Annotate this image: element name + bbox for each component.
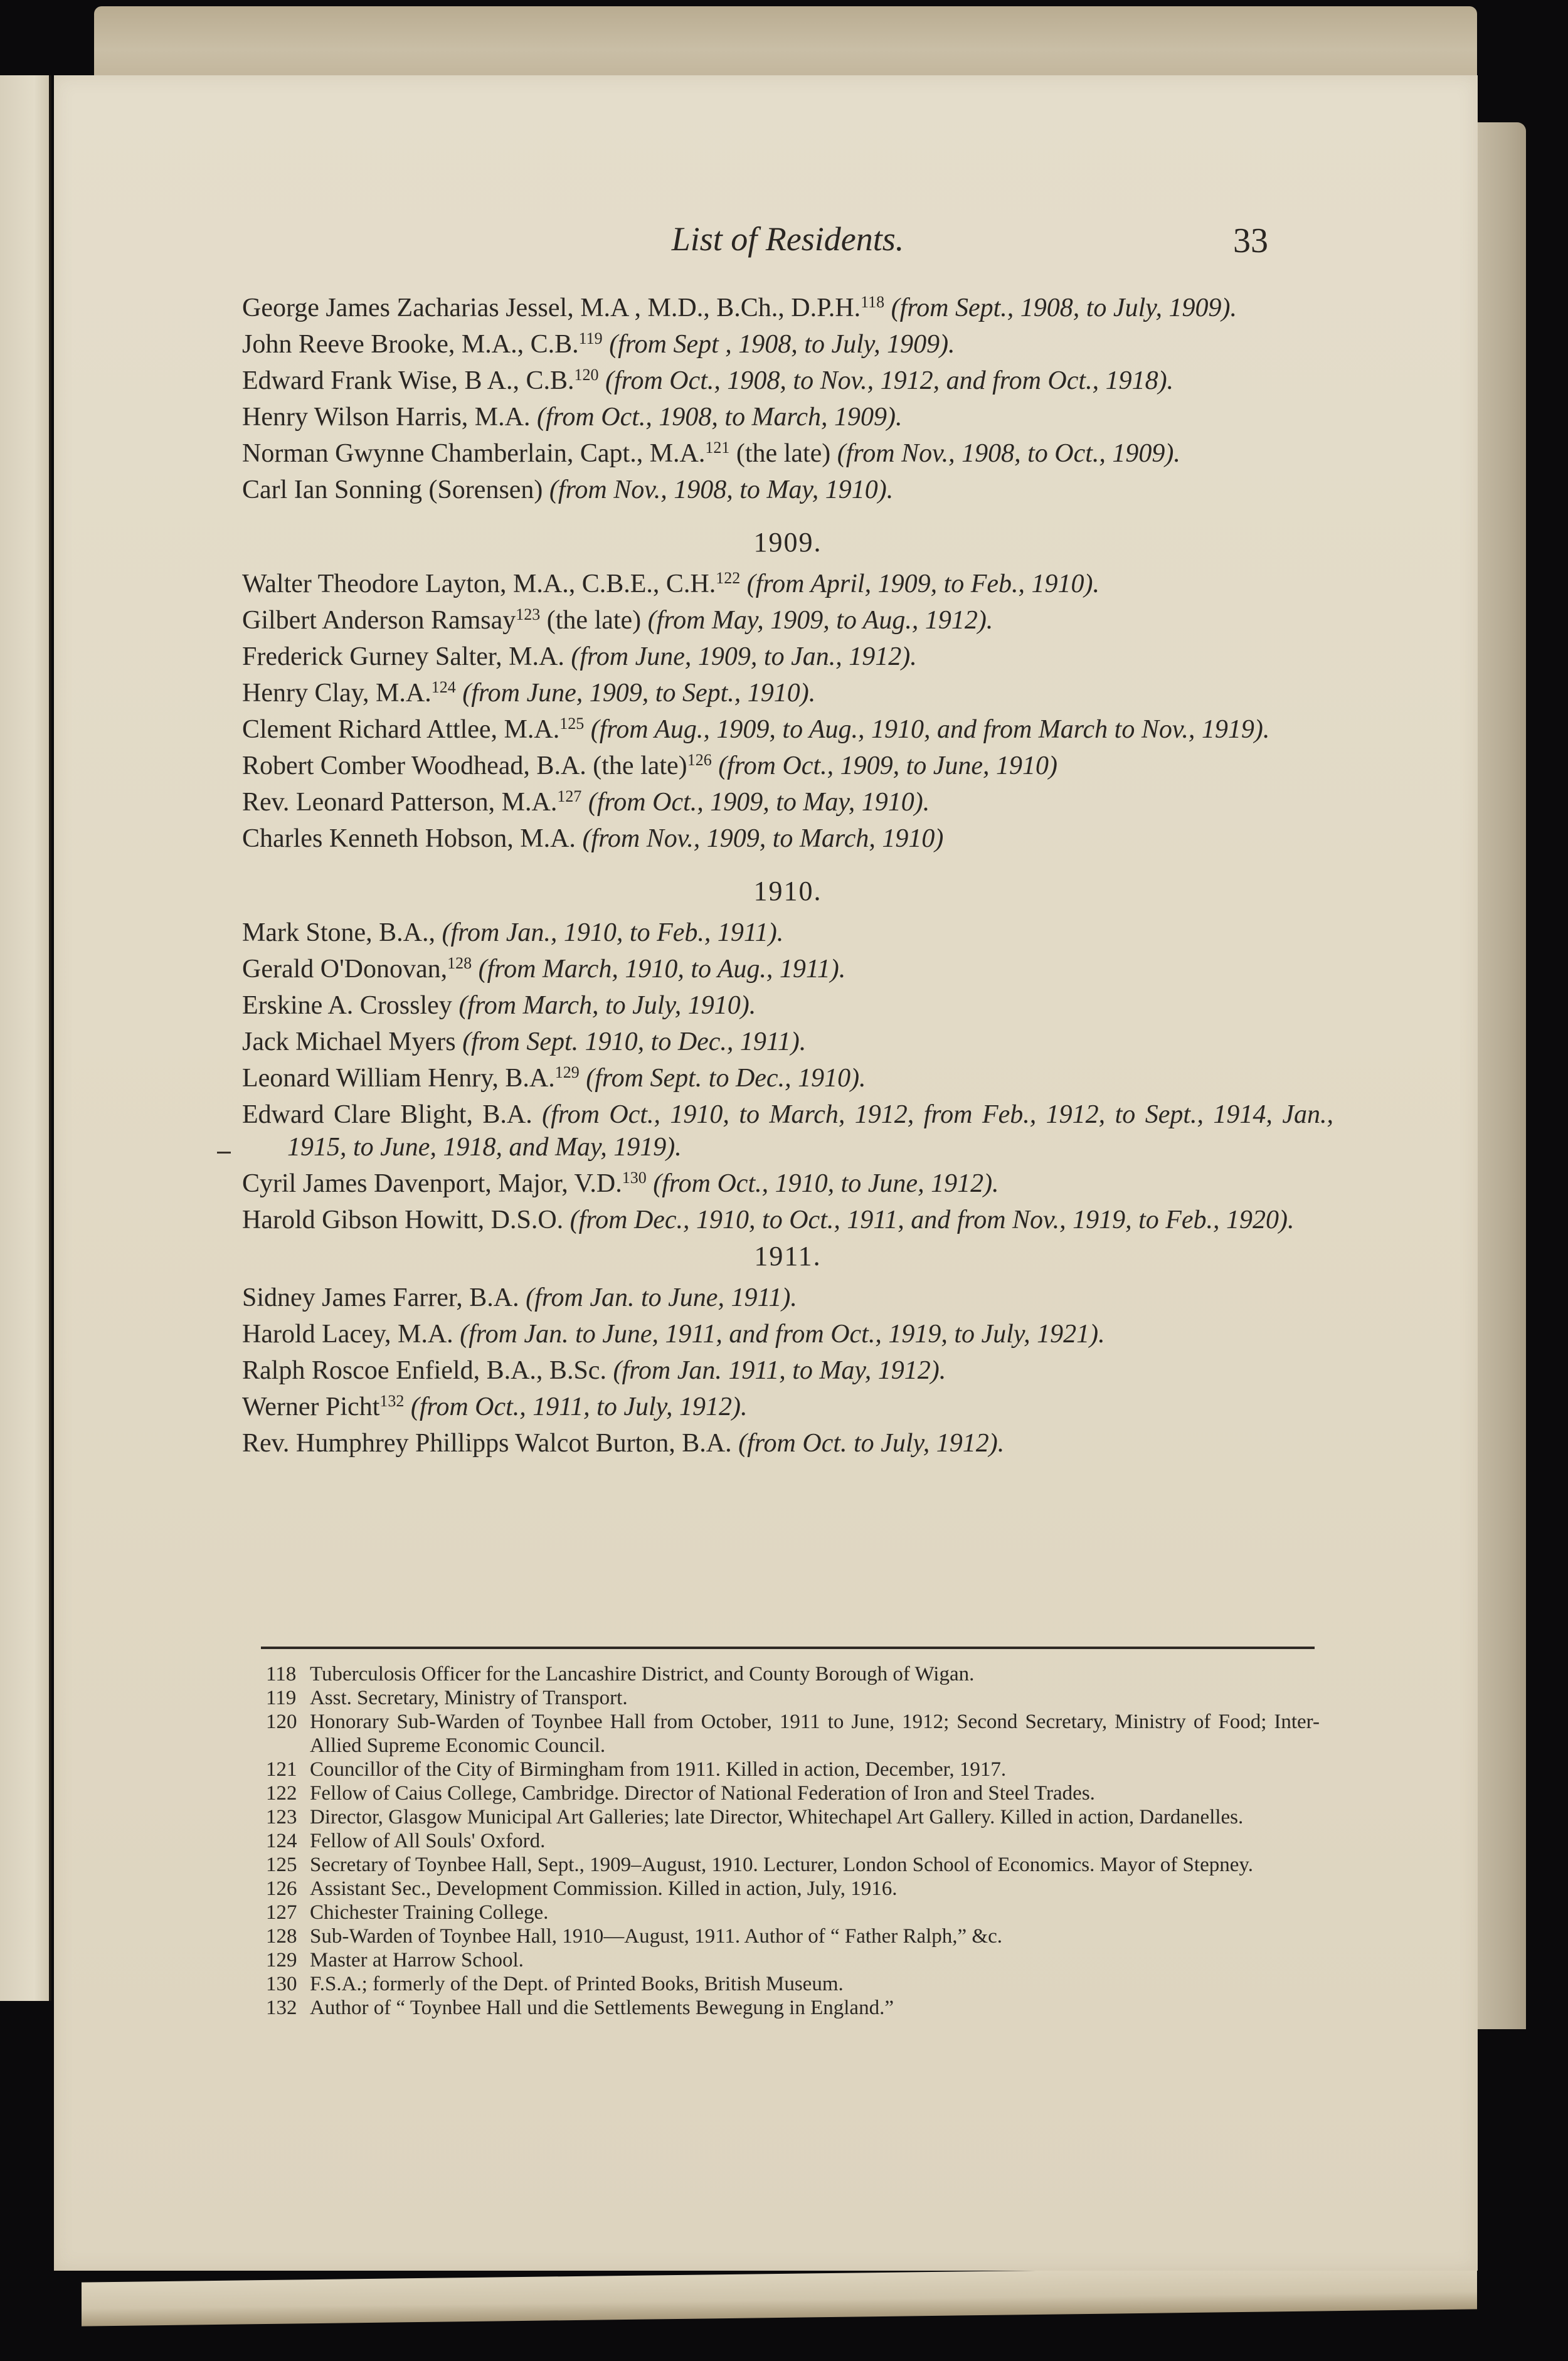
resident-entry: Clement Richard Attlee, M.A.125 (from Au… bbox=[242, 713, 1333, 746]
footnote-item: 128Sub-Warden of Toynbee Hall, 1910—Augu… bbox=[266, 1924, 1320, 1948]
footnote-item: 122Fellow of Caius College, Cambridge. D… bbox=[266, 1781, 1320, 1805]
footnote-text: Master at Harrow School. bbox=[310, 1948, 1320, 1972]
residence-dates: (from Oct., 1909, to June, 1910) bbox=[718, 751, 1057, 780]
resident-entry: John Reeve Brooke, M.A., C.B.119 (from S… bbox=[242, 328, 1333, 361]
resident-entry: Walter Theodore Layton, M.A., C.B.E., C.… bbox=[242, 568, 1333, 600]
footnote-text: Honorary Sub-Warden of Toynbee Hall from… bbox=[310, 1710, 1320, 1758]
footnote-ref[interactable]: 118 bbox=[861, 293, 884, 311]
footnotes: 118Tuberculosis Officer for the Lancashi… bbox=[266, 1662, 1320, 2020]
footnote-item: 125Secretary of Toynbee Hall, Sept., 190… bbox=[266, 1853, 1320, 1877]
residence-dates: (from June, 1909, to Sept., 1910). bbox=[462, 679, 815, 708]
residence-dates: (from Oct., 1908, to Nov., 1912, and fro… bbox=[605, 366, 1173, 395]
resident-name: Gilbert Anderson Ramsay bbox=[242, 606, 516, 635]
residence-dates: (from Oct., 1910, to June, 1912). bbox=[653, 1169, 999, 1198]
footnote-item: 126Assistant Sec., Development Commissio… bbox=[266, 1877, 1320, 1901]
resident-entry: Edward Clare Blight, B.A. (from Oct., 19… bbox=[242, 1098, 1333, 1164]
section-1909: 1909. Walter Theodore Layton, M.A., C.B.… bbox=[242, 526, 1333, 855]
resident-entry: Gilbert Anderson Ramsay123 (the late) (f… bbox=[242, 604, 1333, 637]
footnote-text: Chichester Training College. bbox=[310, 1901, 1320, 1924]
resident-entry: Jack Michael Myers (from Sept. 1910, to … bbox=[242, 1026, 1333, 1058]
year-heading: 1911. bbox=[242, 1240, 1333, 1273]
footnote-number: 132 bbox=[266, 1996, 310, 2020]
footnote-ref[interactable]: 121 bbox=[705, 438, 729, 457]
resident-entry: Carl Ian Sonning (Sorensen) (from Nov., … bbox=[242, 474, 1333, 506]
resident-name: Rev. Leonard Patterson, M.A. bbox=[242, 788, 557, 817]
resident-name: Werner Picht bbox=[242, 1393, 379, 1421]
resident-name: Cyril James Davenport, Major, V.D. bbox=[242, 1169, 622, 1198]
footnote-text: Councillor of the City of Birmingham fro… bbox=[310, 1758, 1320, 1781]
footnote-text: Assistant Sec., Development Commission. … bbox=[310, 1877, 1320, 1901]
footnote-item: 119Asst. Secretary, Ministry of Transpor… bbox=[266, 1686, 1320, 1710]
resident-name: Jack Michael Myers bbox=[242, 1027, 456, 1056]
footnote-number: 123 bbox=[266, 1805, 310, 1829]
resident-name: Harold Gibson Howitt, D.S.O. bbox=[242, 1206, 563, 1234]
resident-entry: Gerald O'Donovan,128 (from March, 1910, … bbox=[242, 953, 1333, 985]
resident-entry: Norman Gwynne Chamberlain, Capt., M.A.12… bbox=[242, 437, 1333, 470]
book-cover-bottom-edge bbox=[82, 2265, 1477, 2326]
footnote-number: 124 bbox=[266, 1829, 310, 1853]
resident-entry: Werner Picht132 (from Oct., 1911, to Jul… bbox=[242, 1391, 1333, 1423]
resident-name: Robert Comber Woodhead, B.A. (the late) bbox=[242, 751, 687, 780]
book-cover-right-edge bbox=[1477, 122, 1526, 2029]
footnote-ref[interactable]: 119 bbox=[579, 329, 603, 348]
resident-name: Rev. Humphrey Phillipps Walcot Burton, B… bbox=[242, 1429, 732, 1458]
footnote-item: 132Author of “ Toynbee Hall und die Sett… bbox=[266, 1996, 1320, 2020]
year-heading: 1910. bbox=[242, 875, 1333, 908]
residence-dates: (from Sept. to Dec., 1910). bbox=[586, 1064, 866, 1093]
resident-entry: Mark Stone, B.A., (from Jan., 1910, to F… bbox=[242, 916, 1333, 949]
resident-entry: Ralph Roscoe Enfield, B.A., B.Sc. (from … bbox=[242, 1354, 1333, 1387]
footnote-ref[interactable]: 128 bbox=[447, 954, 472, 972]
resident-name: Charles Kenneth Hobson, M.A. bbox=[242, 824, 576, 853]
facing-page-edge bbox=[0, 75, 51, 2001]
footnote-number: 121 bbox=[266, 1758, 310, 1781]
resident-name: Clement Richard Attlee, M.A. bbox=[242, 715, 559, 744]
footnote-item: 124Fellow of All Souls' Oxford. bbox=[266, 1829, 1320, 1853]
residence-dates: (from Oct., 1911, to July, 1912). bbox=[411, 1393, 748, 1421]
resident-name: Frederick Gurney Salter, M.A. bbox=[242, 642, 564, 671]
resident-name: Sidney James Farrer, B.A. bbox=[242, 1283, 519, 1312]
footnote-item: 129Master at Harrow School. bbox=[266, 1948, 1320, 1972]
footnote-ref[interactable]: 120 bbox=[575, 366, 599, 384]
residence-dates: (from Sept. 1910, to Dec., 1911). bbox=[462, 1027, 806, 1056]
footnote-number: 120 bbox=[266, 1710, 310, 1758]
footnote-number: 119 bbox=[266, 1686, 310, 1710]
footnote-number: 125 bbox=[266, 1853, 310, 1877]
resident-entry: Henry Clay, M.A.124 (from June, 1909, to… bbox=[242, 677, 1333, 709]
footnote-text: F.S.A.; formerly of the Dept. of Printed… bbox=[310, 1972, 1320, 1996]
book-page: List of Residents. 33 George James Zacha… bbox=[54, 75, 1478, 2271]
footnote-ref[interactable]: 123 bbox=[516, 605, 540, 623]
residence-dates: (from Jan. to June, 1911). bbox=[526, 1283, 797, 1312]
year-heading: 1909. bbox=[242, 526, 1333, 559]
resident-name: Erskine A. Crossley bbox=[242, 991, 452, 1020]
running-title: List of Residents. bbox=[618, 220, 957, 258]
residence-dates: (from Aug., 1909, to Aug., 1910, and fro… bbox=[591, 715, 1270, 744]
residence-dates: (from March, 1910, to Aug., 1911). bbox=[479, 955, 846, 984]
resident-name: Edward Clare Blight, B.A. bbox=[242, 1100, 532, 1129]
resident-name: Walter Theodore Layton, M.A., C.B.E., C.… bbox=[242, 570, 716, 598]
residence-dates: (from Nov., 1908, to May, 1910). bbox=[549, 475, 893, 504]
footnote-text: Secretary of Toynbee Hall, Sept., 1909–A… bbox=[310, 1853, 1320, 1877]
footnote-divider bbox=[261, 1647, 1315, 1649]
resident-entry: Rev. Leonard Patterson, M.A.127 (from Oc… bbox=[242, 786, 1333, 819]
resident-name: Carl Ian Sonning (Sorensen) bbox=[242, 475, 543, 504]
section-1911: 1911. Sidney James Farrer, B.A. (from Ja… bbox=[242, 1240, 1333, 1460]
footnote-item: 127Chichester Training College. bbox=[266, 1901, 1320, 1924]
residence-dates: (from Oct., 1908, to March, 1909). bbox=[537, 403, 902, 432]
residence-dates: (from April, 1909, to Feb., 1910). bbox=[747, 570, 1099, 598]
resident-name: Edward Frank Wise, B A., C.B. bbox=[242, 366, 575, 395]
resident-name: George James Zacharias Jessel, M.A , M.D… bbox=[242, 294, 861, 322]
residence-dates: (from Sept., 1908, to July, 1909). bbox=[891, 294, 1237, 322]
resident-name: Harold Lacey, M.A. bbox=[242, 1320, 453, 1349]
resident-remark: (the late) bbox=[729, 439, 830, 468]
footnote-number: 126 bbox=[266, 1877, 310, 1901]
footnote-number: 127 bbox=[266, 1901, 310, 1924]
residence-dates: (from Jan. 1911, to May, 1912). bbox=[613, 1356, 946, 1385]
resident-name: Norman Gwynne Chamberlain, Capt., M.A. bbox=[242, 439, 705, 468]
page-number: 33 bbox=[1233, 221, 1268, 261]
resident-name: Henry Clay, M.A. bbox=[242, 679, 432, 708]
residence-dates: (from May, 1909, to Aug., 1912). bbox=[648, 606, 993, 635]
footnote-ref[interactable]: 129 bbox=[555, 1063, 580, 1081]
residence-dates: (from Jan. to June, 1911, and from Oct.,… bbox=[460, 1320, 1104, 1349]
footnote-item: 130F.S.A.; formerly of the Dept. of Prin… bbox=[266, 1972, 1320, 1996]
resident-name: John Reeve Brooke, M.A., C.B. bbox=[242, 330, 579, 359]
footnote-text: Author of “ Toynbee Hall und die Settlem… bbox=[310, 1996, 1320, 2020]
resident-entry: George James Zacharias Jessel, M.A , M.D… bbox=[242, 292, 1333, 324]
running-head: List of Residents. 33 bbox=[54, 220, 1478, 270]
footnote-item: 123Director, Glasgow Municipal Art Galle… bbox=[266, 1805, 1320, 1829]
section-1908: George James Zacharias Jessel, M.A , M.D… bbox=[242, 292, 1333, 506]
resident-entry: Cyril James Davenport, Major, V.D.130 (f… bbox=[242, 1167, 1333, 1200]
footnote-ref[interactable]: 124 bbox=[432, 678, 456, 696]
resident-entry: Harold Gibson Howitt, D.S.O. (from Dec.,… bbox=[242, 1204, 1333, 1236]
footnote-text: Asst. Secretary, Ministry of Transport. bbox=[310, 1686, 1320, 1710]
footnote-item: 118Tuberculosis Officer for the Lancashi… bbox=[266, 1662, 1320, 1686]
footnote-ref[interactable]: 127 bbox=[557, 787, 581, 805]
resident-entry: Harold Lacey, M.A. (from Jan. to June, 1… bbox=[242, 1318, 1333, 1350]
resident-entry: Henry Wilson Harris, M.A. (from Oct., 19… bbox=[242, 401, 1333, 433]
footnote-text: Fellow of All Souls' Oxford. bbox=[310, 1829, 1320, 1853]
footnote-number: 118 bbox=[266, 1662, 310, 1686]
resident-name: Leonard William Henry, B.A. bbox=[242, 1064, 555, 1093]
footnote-text: Director, Glasgow Municipal Art Gallerie… bbox=[310, 1805, 1320, 1829]
resident-list: George James Zacharias Jessel, M.A , M.D… bbox=[242, 292, 1333, 1463]
resident-entry: Rev. Humphrey Phillipps Walcot Burton, B… bbox=[242, 1427, 1333, 1460]
residence-dates: (from March, to July, 1910). bbox=[458, 991, 756, 1020]
footnote-number: 128 bbox=[266, 1924, 310, 1948]
footnote-ref[interactable]: 126 bbox=[687, 751, 712, 769]
residence-dates: (from Nov., 1908, to Oct., 1909). bbox=[837, 439, 1180, 468]
residence-dates: (from Sept , 1908, to July, 1909). bbox=[609, 330, 955, 359]
resident-name: Mark Stone, B.A., bbox=[242, 918, 435, 947]
resident-name: Henry Wilson Harris, M.A. bbox=[242, 403, 530, 432]
residence-dates: (from Dec., 1910, to Oct., 1911, and fro… bbox=[570, 1206, 1295, 1234]
footnote-ref[interactable]: 125 bbox=[559, 714, 584, 733]
margin-pencil-mark bbox=[217, 1152, 231, 1154]
footnote-item: 120Honorary Sub-Warden of Toynbee Hall f… bbox=[266, 1710, 1320, 1758]
footnote-text: Tuberculosis Officer for the Lancashire … bbox=[310, 1662, 1320, 1686]
footnote-number: 122 bbox=[266, 1781, 310, 1805]
resident-entry: Leonard William Henry, B.A.129 (from Sep… bbox=[242, 1062, 1333, 1095]
residence-dates: (from Oct. to July, 1912). bbox=[738, 1429, 1004, 1458]
footnote-number: 129 bbox=[266, 1948, 310, 1972]
resident-entry: Robert Comber Woodhead, B.A. (the late)1… bbox=[242, 750, 1333, 782]
footnote-ref[interactable]: 130 bbox=[622, 1169, 647, 1187]
resident-name: Ralph Roscoe Enfield, B.A., B.Sc. bbox=[242, 1356, 607, 1385]
footnote-ref[interactable]: 132 bbox=[379, 1392, 404, 1410]
resident-name: Gerald O'Donovan, bbox=[242, 955, 447, 984]
footnote-number: 130 bbox=[266, 1972, 310, 1996]
residence-dates: (from Oct., 1909, to May, 1910). bbox=[588, 788, 930, 817]
resident-entry: Sidney James Farrer, B.A. (from Jan. to … bbox=[242, 1281, 1333, 1314]
resident-remark: (the late) bbox=[540, 606, 641, 635]
resident-entry: Frederick Gurney Salter, M.A. (from June… bbox=[242, 640, 1333, 673]
resident-entry: Erskine A. Crossley (from March, to July… bbox=[242, 989, 1333, 1022]
section-1910: 1910. Mark Stone, B.A., (from Jan., 1910… bbox=[242, 875, 1333, 1236]
residence-dates: (from Jan., 1910, to Feb., 1911). bbox=[442, 918, 784, 947]
resident-entry: Edward Frank Wise, B A., C.B.120 (from O… bbox=[242, 364, 1333, 397]
footnote-ref[interactable]: 122 bbox=[716, 569, 740, 587]
footnote-text: Sub-Warden of Toynbee Hall, 1910—August,… bbox=[310, 1924, 1320, 1948]
residence-dates: (from Nov., 1909, to March, 1910) bbox=[582, 824, 943, 853]
residence-dates: (from June, 1909, to Jan., 1912). bbox=[571, 642, 916, 671]
resident-entry: Charles Kenneth Hobson, M.A. (from Nov.,… bbox=[242, 822, 1333, 855]
footnote-text: Fellow of Caius College, Cambridge. Dire… bbox=[310, 1781, 1320, 1805]
footnote-item: 121Councillor of the City of Birmingham … bbox=[266, 1758, 1320, 1781]
